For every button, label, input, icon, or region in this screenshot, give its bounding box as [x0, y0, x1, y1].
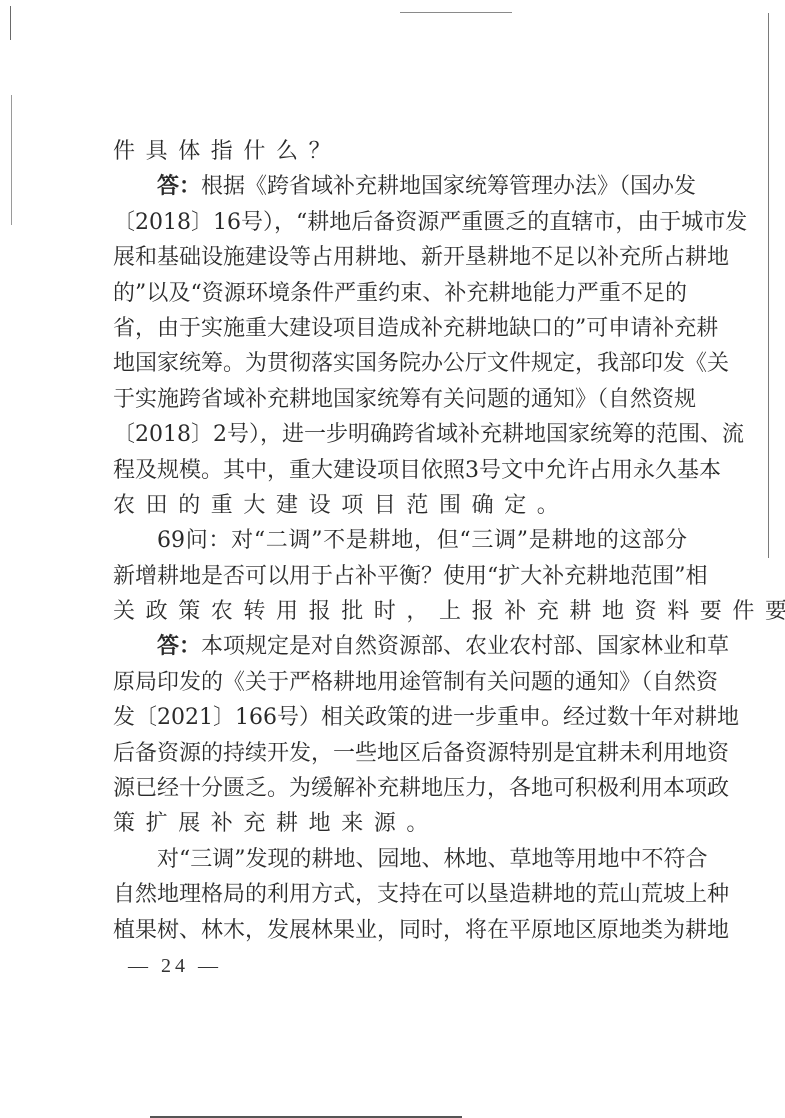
document-page: 件具体指什么？ 答：根据《跨省域补充耕地国家统筹管理办法》（国办发 〔2018〕…: [113, 134, 687, 948]
question-label: 69问：: [157, 528, 231, 553]
text-line: 于实施跨省域补充耕地国家统筹有关问题的通知》（自然资规: [113, 382, 687, 417]
text-line: 根据《跨省域补充耕地国家统筹管理办法》（国办发: [201, 174, 696, 199]
text-line: 对“三调”发现的耕地、园地、林地、草地等用地中不符合: [113, 842, 687, 877]
scan-edge-top-right: [400, 12, 512, 13]
text-line: 新增耕地是否可以用于占补平衡？使用“扩大补充耕地范围”相: [113, 559, 687, 594]
text-line: 件具体指什么？: [113, 134, 687, 169]
text-line: 的”以及“资源环境条件严重约束、补充耕地能力严重不足的: [113, 276, 687, 311]
answer-label: 答：: [157, 174, 201, 199]
answer-label: 答：: [157, 634, 201, 659]
text-line: 原局印发的《关于严格耕地用途管制有关问题的通知》（自然资: [113, 665, 687, 700]
text-line: 发〔2021〕166号）相关政策的进一步重申。经过数十年对耕地: [113, 700, 687, 735]
answer-line: 答：根据《跨省域补充耕地国家统筹管理办法》（国办发: [113, 169, 687, 204]
text-line: 程及规模。其中，重大建设项目依照3号文中允许占用永久基本: [113, 453, 687, 488]
page-number: — 24 —: [128, 955, 222, 978]
text-line: 本项规定是对自然资源部、农业农村部、国家林业和草: [201, 634, 729, 659]
text-line: 植果树、林木，发展林果业，同时，将在平原地区原地类为耕地: [113, 913, 687, 948]
scan-edge-right: [768, 13, 769, 558]
text-line: 源已经十分匮乏。为缓解补充耕地压力，各地可积极利用本项政: [113, 771, 687, 806]
scan-edge-left-lower: [11, 95, 12, 225]
text-line: 关政策农转用报批时，上报补充耕地资料要件要求是什么？: [113, 594, 687, 629]
text-line: 农田的重大建设项目范围确定。: [113, 488, 687, 523]
text-line: 自然地理格局的利用方式，支持在可以垦造耕地的荒山荒坡上种: [113, 877, 687, 912]
text-line: 〔2018〕2号），进一步明确跨省域补充耕地国家统筹的范围、流: [113, 417, 687, 452]
text-line: 展和基础设施建设等占用耕地、新开垦耕地不足以补充所占耕地: [113, 240, 687, 275]
text-line: 地国家统筹。为贯彻落实国务院办公厅文件规定，我部印发《关: [113, 346, 687, 381]
answer-line: 答：本项规定是对自然资源部、农业农村部、国家林业和草: [113, 629, 687, 664]
text-line: 省，由于实施重大建设项目造成补充耕地缺口的”可申请补充耕: [113, 311, 687, 346]
question-line: 69问：对“二调”不是耕地，但“三调”是耕地的这部分: [113, 523, 687, 558]
text-line: 对“二调”不是耕地，但“三调”是耕地的这部分: [231, 528, 687, 553]
text-line: 策扩展补充耕地来源。: [113, 806, 687, 841]
scan-edge-left: [10, 6, 11, 40]
text-line: 〔2018〕16号），“耕地后备资源严重匮乏的直辖市，由于城市发: [113, 205, 687, 240]
text-line: 后备资源的持续开发，一些地区后备资源特别是宜耕未利用地资: [113, 736, 687, 771]
